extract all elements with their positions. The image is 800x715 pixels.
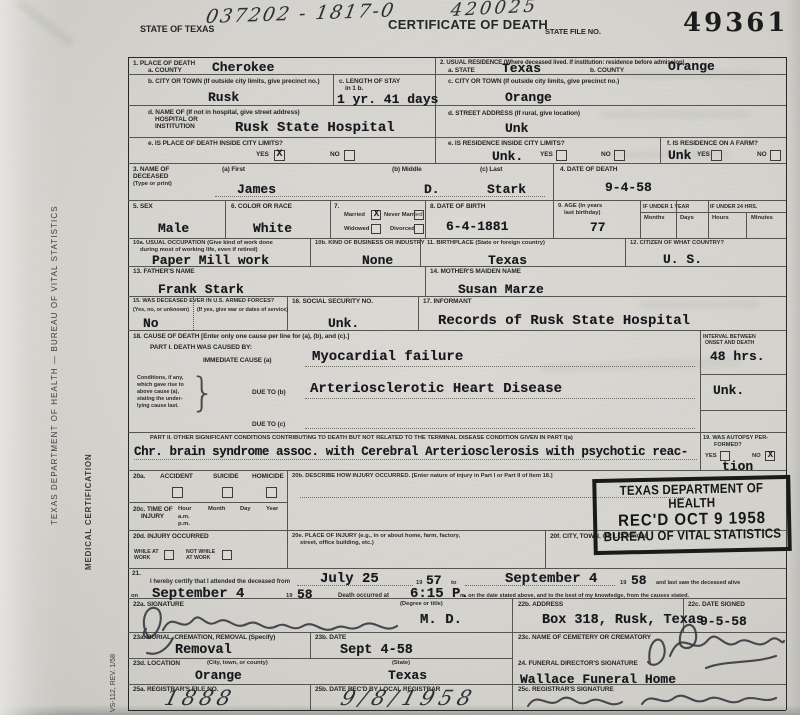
rule-line [700, 410, 786, 411]
residence-city-label: c. CITY OR TOWN (If outside city limits,… [448, 78, 619, 85]
death-certificate-scan: STATE OF TEXAS 037202 - 1817-0 CERTIFICA… [0, 0, 800, 715]
autopsy-label1: 19. WAS AUTOPSY PER- [703, 435, 768, 441]
rule-line [128, 57, 786, 58]
widowed-label: Widowed [344, 226, 369, 232]
while-at-work-checkbox [164, 550, 174, 560]
rule-line [305, 398, 695, 399]
while-at-work-label2: WORK [134, 555, 150, 561]
sex-label: 5. SEX [133, 203, 153, 210]
hours-label: Hours [712, 215, 729, 221]
not-while-at-work-label2: AT WORK [186, 555, 210, 561]
rule-line [128, 432, 786, 433]
never-married-checkbox [414, 210, 424, 220]
interval-header2: ONSET AND DEATH [705, 340, 754, 346]
certify-text1: I hereby certify that I attended the dec… [150, 579, 290, 585]
length-of-stay-value: 1 yr. 41 days [337, 92, 438, 107]
birthplace-value: Texas [488, 253, 527, 268]
time-of-injury-label: 20c. TIME OF [133, 506, 173, 513]
rule-line [305, 428, 695, 429]
pm-label: p.m. [178, 521, 190, 527]
mothers-maiden-name-value: Susan Marze [458, 282, 544, 297]
rule-line [435, 57, 436, 163]
due-to-c-label: DUE TO (c) [252, 421, 285, 428]
rule-line [134, 459, 697, 460]
age-label2: last birthday) [564, 210, 600, 216]
conditions-note1: Conditions, if any, [137, 375, 183, 381]
time-of-injury-label2: INJURY [141, 513, 164, 520]
rule-line [660, 137, 661, 163]
days-label: Days [680, 215, 694, 221]
burial-location-sub1: (City, town, or county) [207, 660, 268, 666]
rule-line [128, 658, 512, 659]
date-of-death-value: 9-4-58 [605, 180, 652, 195]
birthplace-label: 11. BIRTHPLACE (State or foreign country… [427, 240, 545, 246]
conditions-brace: } [190, 370, 215, 416]
degree-value: M. D. [420, 612, 462, 628]
rule-line [128, 330, 786, 331]
residence-state-value: Texas [502, 61, 541, 76]
fathers-name-label: 13. FATHER'S NAME [133, 268, 195, 275]
length-of-stay-label2: in 1 b. [345, 85, 363, 92]
part2-value-line1: Chr. brain syndrome assoc. with Cerebral… [134, 445, 688, 459]
year-label: Year [266, 506, 278, 512]
homicide-checkbox [266, 487, 277, 498]
fathers-name-value: Frank Stark [158, 282, 244, 297]
burial-location-label: 23d. LOCATION [133, 660, 180, 667]
hospital-name-label3: INSTITUTION [155, 123, 195, 130]
first-name-label: (a) First [222, 166, 245, 173]
residence-state-label: a. STATE [448, 67, 475, 74]
rule-line [425, 200, 426, 238]
death-city-limits-no-label: NO [330, 151, 340, 158]
residence-city-limits-label: e. IS RESIDENCE INSIDE CITY LIMITS? [448, 140, 565, 147]
rule-line [310, 238, 311, 266]
residence-farm-no-label: NO [757, 151, 767, 158]
county-value: Cherokee [212, 60, 274, 75]
street-address-label: d. STREET ADDRESS (If rural, give locati… [448, 110, 580, 117]
day-label: Day [240, 506, 251, 512]
if-under-24-hrs-label: IF UNDER 24 HRS. [710, 204, 757, 210]
hospital-name-label: d. NAME OF (If not in hospital, give str… [148, 109, 300, 116]
conditions-note3: above cause (a), [137, 389, 179, 395]
age-value: 77 [590, 220, 606, 235]
hospital-value: Rusk State Hospital [235, 120, 395, 136]
am-label: a.m. [178, 514, 190, 520]
burial-date-label: 23b. DATE [315, 634, 346, 641]
rule-line [128, 57, 129, 710]
rule-line [310, 684, 311, 710]
conditions-note2: which gave rise to [137, 382, 184, 388]
date-of-birth-value: 6-4-1881 [446, 219, 508, 234]
date-recd-value: 9/8/1958 [338, 686, 479, 710]
rule-line [625, 238, 626, 266]
armed-forces-sub1: (Yes, no, or unknown) [133, 307, 189, 313]
hospital-name-label2: HOSPITAL OR [155, 116, 198, 123]
left-margin-agency-text: TEXAS DEPARTMENT OF HEALTH — BUREAU OF V… [50, 95, 59, 525]
rule-line [128, 238, 786, 239]
rule-line [128, 137, 786, 138]
industry-value: None [362, 253, 393, 268]
residence-city-value: Orange [505, 90, 552, 105]
address-label: 22b. ADDRESS [518, 601, 563, 608]
interval-a-value: 48 hrs. [710, 349, 765, 364]
rule-line [700, 330, 701, 470]
homicide-label: HOMICIDE [252, 473, 284, 480]
last-name-label: (c) Last [480, 166, 502, 173]
last-name-value: Stark [487, 182, 526, 197]
death-city-limits-yes-label: YES [256, 151, 269, 158]
accident-label: ACCIDENT [160, 473, 193, 480]
date-of-birth-label: 8. DATE OF BIRTH [430, 203, 485, 210]
certify-number: 21. [132, 570, 141, 577]
rule-line [425, 266, 426, 296]
street-address-value: Unk [505, 121, 528, 136]
part2-label: PART II. OTHER SIGNIFICANT CONDITIONS CO… [150, 435, 573, 441]
usual-residence-title: 2. USUAL RESIDENCE (Where deceased lived… [440, 60, 784, 66]
autopsy-no-checkbox: X [765, 451, 775, 461]
autopsy-label2: FORMED? [714, 442, 742, 448]
citizen-label: 12. CITIZEN OF WHAT COUNTRY? [630, 240, 724, 246]
state-file-number: 49361 [683, 8, 788, 38]
residence-farm-label: f. IS RESIDENCE ON A FARM? [667, 140, 758, 147]
marital-status-label: 7. [334, 203, 339, 210]
bleedthrough-smudge [14, 0, 75, 48]
rule-line [287, 470, 288, 568]
attended-to-year: 58 [631, 573, 647, 588]
accident-checkbox [172, 487, 183, 498]
age-label: 9. AGE (In years [558, 203, 602, 209]
residence-county-value: Orange [668, 59, 715, 74]
part2-value-line2: tion [722, 459, 753, 474]
armed-forces-value: No [143, 316, 159, 331]
rule-line [330, 200, 331, 238]
handwritten-certificate-code: 037202 - 1817-0 [204, 0, 397, 28]
burial-state-value: Texas [388, 668, 427, 683]
rule-line [786, 57, 787, 710]
rule-line [700, 374, 786, 375]
married-checkbox: X [371, 210, 381, 220]
city-value: Rusk [208, 90, 239, 105]
autopsy-yes-label: YES [705, 453, 717, 459]
name-of-deceased-label: 3. NAME OF [133, 166, 169, 173]
county-label: a. COUNTY [148, 67, 182, 74]
place-of-injury-label: 20e. PLACE OF INJURY (e.g., in or about … [292, 533, 460, 539]
rule-line [128, 200, 786, 201]
residence-city-limits-no-checkbox [614, 150, 625, 161]
rule-line [128, 502, 287, 503]
form-number-margin-text: VS-112, REV. 1/58 [110, 612, 117, 712]
year-prefix-b: 19 [620, 580, 626, 586]
first-name-value: James [237, 182, 276, 197]
rule-line [128, 470, 786, 471]
accident-row-label: 20a. [133, 473, 145, 480]
bleedthrough-smudge [640, 300, 760, 309]
rule-line [128, 163, 786, 164]
residence-farm-yes-label: YES [697, 151, 710, 158]
certify-text4: m. on the date stated above, and to the … [460, 593, 689, 599]
cause-of-death-title: 18. CAUSE OF DEATH [Enter only one cause… [133, 333, 349, 340]
registrar-signature [520, 688, 782, 714]
informant-value: Records of Rusk State Hospital [438, 313, 690, 329]
month-label: Month [208, 506, 225, 512]
informant-label: 17. INFORMANT [423, 298, 472, 305]
date-signed-label: 22c. DATE SIGNED [688, 601, 745, 608]
suicide-checkbox [222, 487, 233, 498]
name-of-deceased-label3: (Type or print) [133, 181, 172, 187]
color-or-race-value: White [253, 221, 292, 236]
rule-line [512, 598, 513, 710]
rule-line [545, 530, 546, 568]
city-or-town-label: b. CITY OR TOWN (If outside city limits,… [148, 78, 320, 85]
rule-line [640, 200, 641, 238]
death-city-limits-yes-checkbox: X [274, 150, 285, 161]
immediate-cause-label: IMMEDIATE CAUSE (a) [203, 357, 271, 364]
length-of-stay-label: c. LENGTH OF STAY [339, 78, 400, 85]
rule-line [418, 296, 419, 330]
rule-line [128, 105, 786, 106]
rule-line [305, 366, 695, 367]
rule-line [465, 585, 615, 586]
rule-line [640, 212, 786, 213]
burial-city-value: Orange [195, 668, 242, 683]
rule-line [128, 568, 786, 569]
residence-city-limits-yes-label: YES [540, 151, 553, 158]
armed-forces-label: 15. WAS DECEASED EVER IN U.S. ARMED FORC… [133, 298, 274, 304]
residence-city-limits-value: Unk. [492, 149, 523, 164]
residence-county-label: b. COUNTY [590, 67, 624, 74]
rule-line [225, 200, 226, 238]
date-of-death-label: 4. DATE OF DEATH [560, 166, 617, 173]
burial-removal-label: 23a. BURIAL, CREMATION, REMOVAL (Specify… [133, 634, 275, 641]
ssn-label: 16. SOCIAL SECURITY NO. [292, 298, 373, 305]
residence-city-limits-no-label: NO [601, 151, 611, 158]
middle-name-value: D. [424, 182, 440, 197]
received-stamp: TEXAS DEPARTMENT OF HEALTH REC'D OCT 9 1… [592, 475, 792, 555]
immediate-cause-value: Myocardial failure [312, 349, 463, 365]
middle-name-label: (b) Middle [392, 166, 422, 173]
rule-line [287, 296, 288, 330]
mothers-maiden-name-label: 14. MOTHER'S MAIDEN NAME [430, 268, 521, 275]
if-under-1-year-label: IF UNDER 1 YEAR [643, 204, 689, 210]
rule-line [297, 585, 413, 586]
married-label: Married [344, 212, 365, 218]
industry-label: 10b. KIND OF BUSINESS OR INDUSTRY [315, 240, 425, 246]
sex-value: Male [158, 221, 189, 236]
stamp-line3: BUREAU OF VITAL STATISTICS [597, 527, 787, 545]
describe-injury-label: 20b. DESCRIBE HOW INJURY OCCURRED. [Ente… [292, 473, 553, 479]
widowed-checkbox [371, 224, 381, 234]
registrar-file-no-value: 1888 [162, 686, 237, 710]
certify-text2: and last saw the deceased alive [656, 580, 740, 586]
death-city-limits-no-checkbox [344, 150, 355, 161]
medical-certification-margin-text: MEDICAL CERTIFICATION [84, 422, 93, 570]
state-file-no-label: STATE FILE NO. [545, 27, 601, 36]
armed-forces-sub2: (If yes, give war or dates of service) [197, 307, 288, 313]
cemetery-label: 23c. NAME OF CEMETERY OR CREMATORY [518, 634, 651, 641]
injury-occurred-label: 20d. INJURY OCCURRED [133, 533, 209, 540]
interval-b-value: Unk. [713, 383, 744, 398]
burial-removal-value: Removal [175, 643, 232, 658]
residence-city-limits-yes-checkbox [556, 150, 567, 161]
rule-line [746, 212, 747, 238]
conditions-note4: stating the under- [137, 396, 183, 402]
funeral-director-signature [636, 608, 786, 688]
minutes-label: Minutes [751, 215, 773, 221]
bleedthrough-smudge [600, 110, 750, 119]
death-city-limits-label: e. IS PLACE OF DEATH INSIDE CITY LIMITS? [148, 140, 283, 147]
residence-farm-no-checkbox [770, 150, 781, 161]
rule-line [215, 196, 545, 197]
due-to-b-label: DUE TO (b) [252, 389, 286, 396]
suicide-label: SUICIDE [213, 473, 239, 480]
divorced-checkbox [414, 224, 424, 234]
residence-farm-yes-checkbox [711, 150, 722, 161]
rule-line [708, 200, 709, 238]
burial-location-sub2: (State) [392, 660, 410, 666]
rule-line [333, 74, 334, 105]
residence-farm-value: Unk [668, 148, 691, 163]
name-of-deceased-label2: DECEASED [133, 173, 168, 180]
not-while-at-work-checkbox [222, 550, 232, 560]
place-of-death-title: 1. PLACE OF DEATH [133, 60, 195, 67]
due-to-b-value: Arteriosclerotic Heart Disease [310, 381, 562, 397]
conditions-note5: lying cause last. [137, 403, 179, 409]
state-of-texas-label: STATE OF TEXAS [140, 24, 214, 34]
divorced-label: Divorced [390, 226, 415, 232]
occupation-value: Paper Mill work [152, 253, 269, 268]
part1-label: PART I. DEATH WAS CAUSED BY: [150, 344, 252, 351]
occupation-label: 10a. USUAL OCCUPATION (Give kind of work… [133, 240, 273, 246]
citizen-value: U. S. [663, 252, 702, 267]
hour-label: Hour [178, 506, 192, 512]
place-of-injury-label2: street, office building, etc.) [300, 540, 374, 546]
autopsy-no-label: NO [752, 453, 761, 459]
ssn-value: Unk. [328, 316, 359, 331]
funeral-director-label: 24. FUNERAL DIRECTOR'S SIGNATURE [518, 660, 638, 667]
months-label: Months [644, 215, 665, 221]
burial-date-value: Sept 4-58 [340, 643, 413, 658]
color-or-race-label: 6. COLOR OR RACE [231, 203, 292, 210]
